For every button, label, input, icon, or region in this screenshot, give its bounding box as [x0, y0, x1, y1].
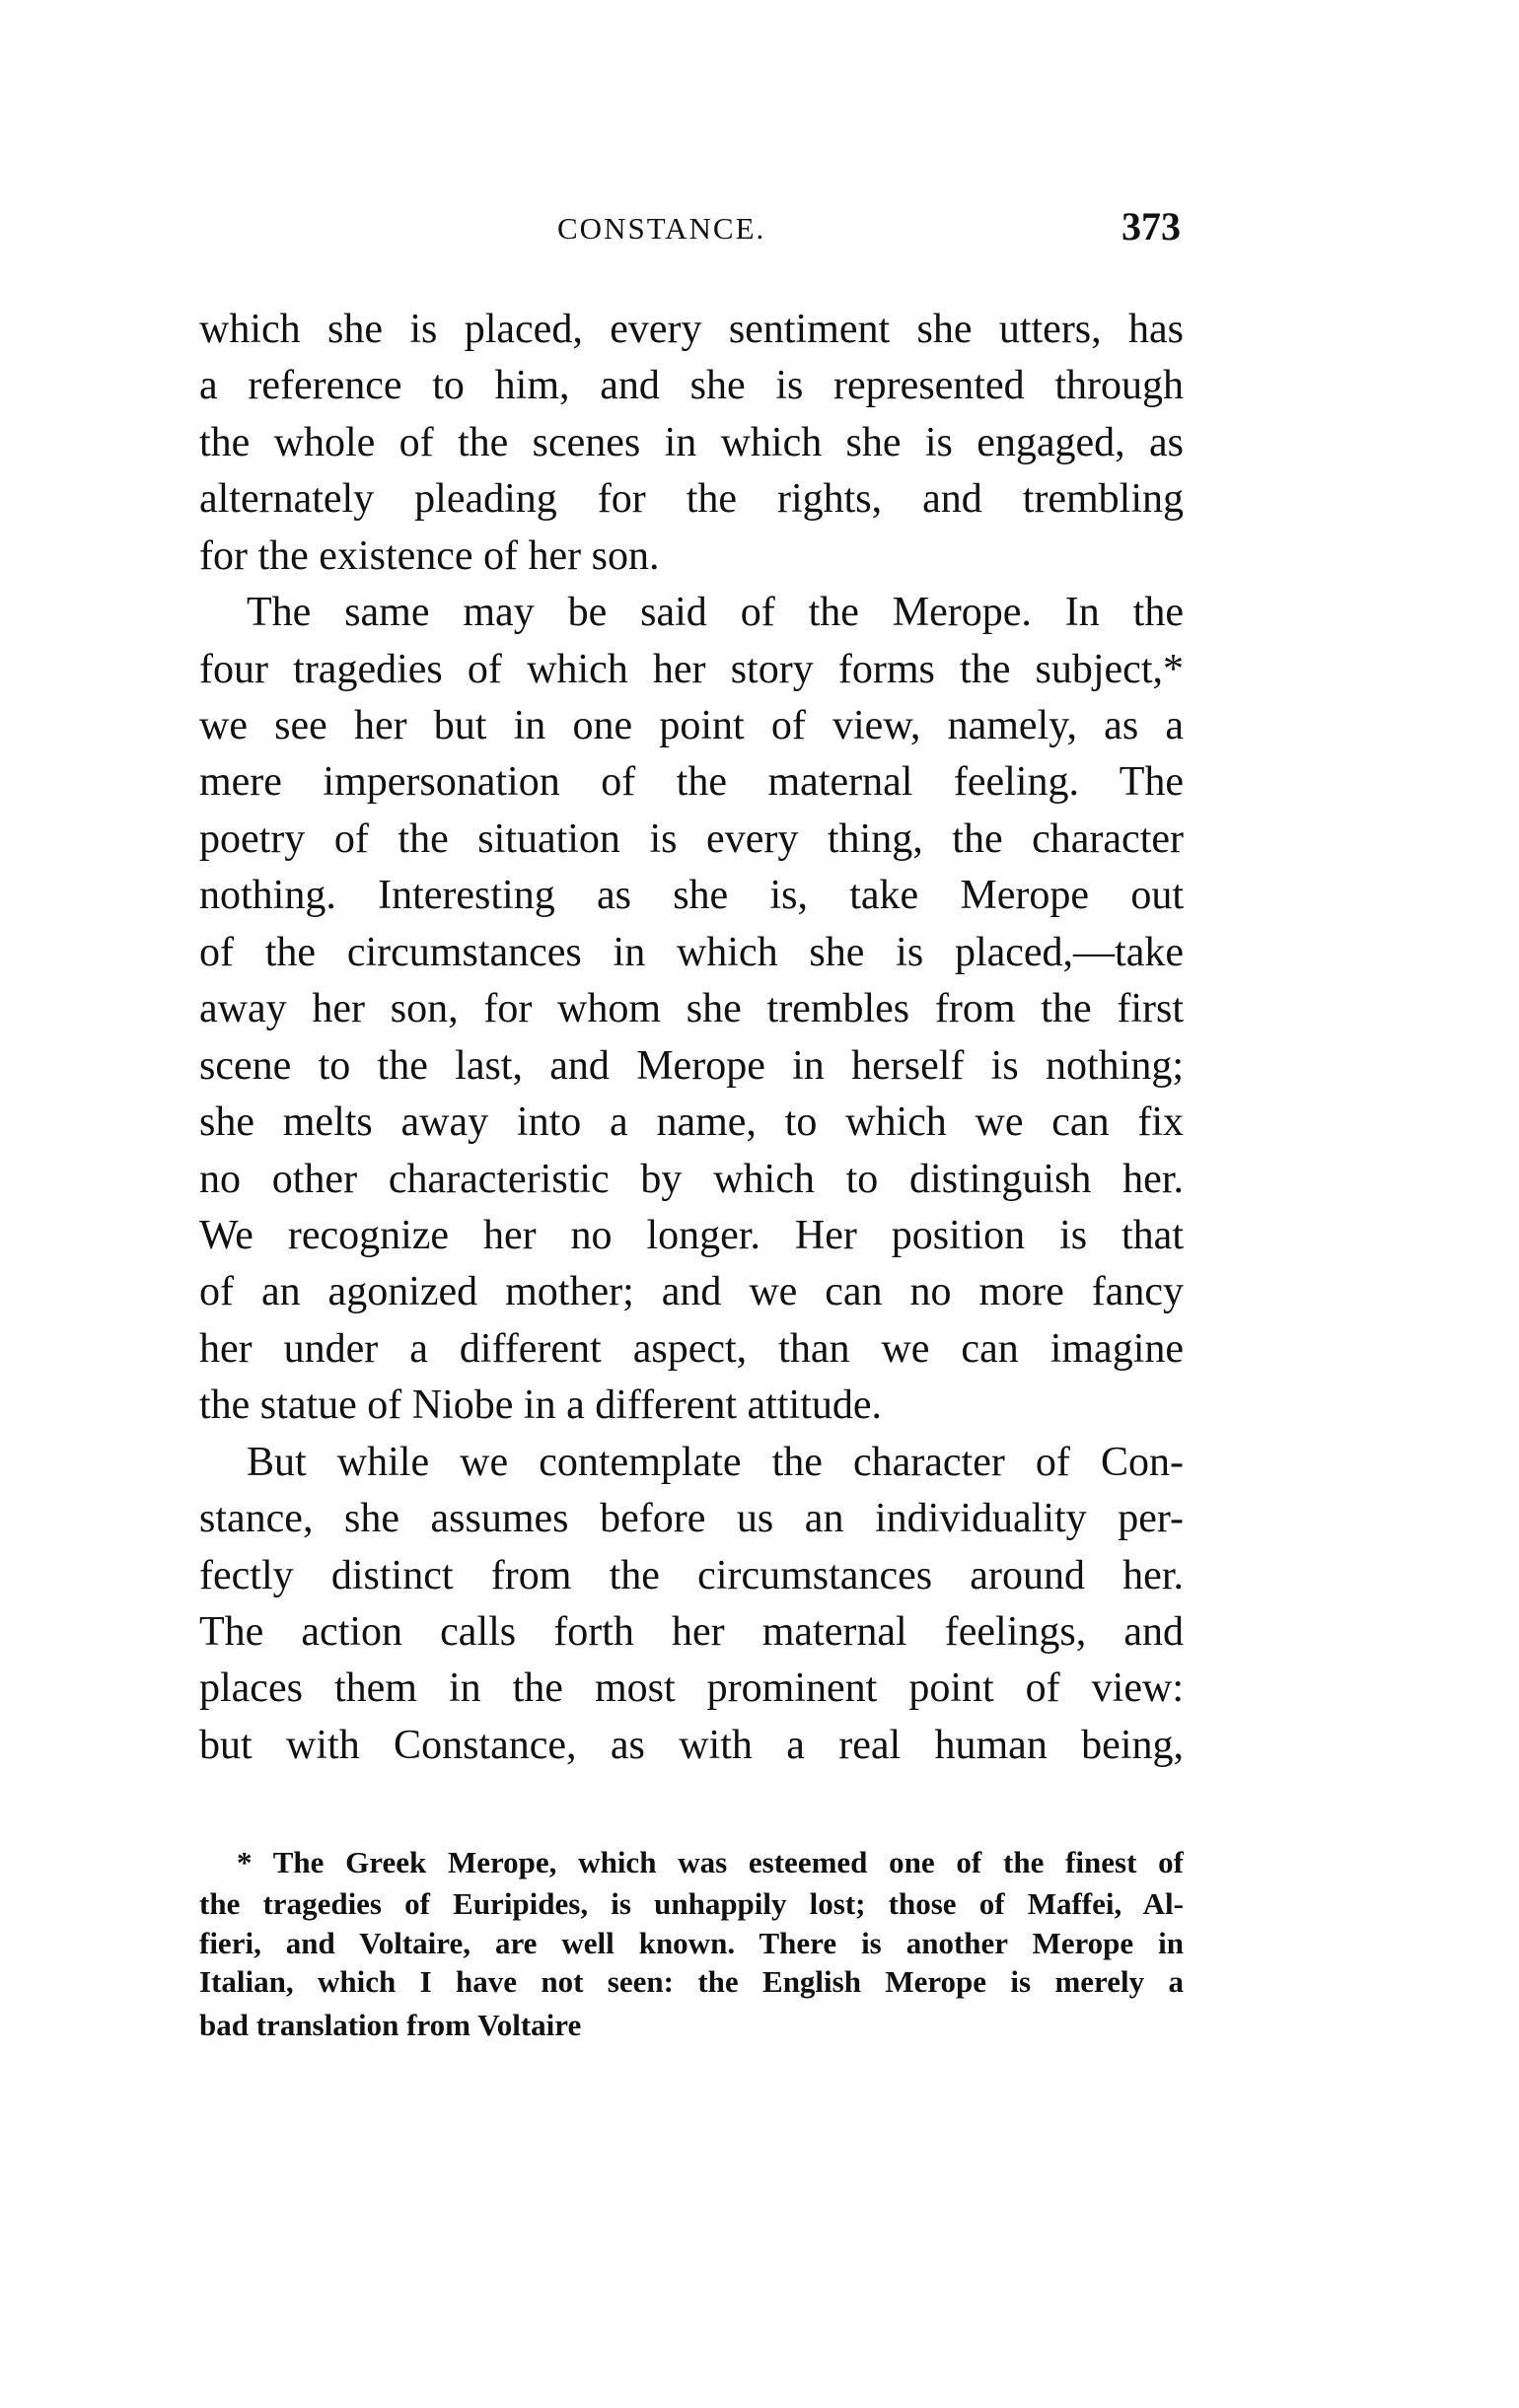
- text-line: alternately pleading for the rights, and…: [199, 471, 1184, 528]
- running-head: CONSTANCE. 373: [199, 205, 1184, 254]
- footnote-line: the tragedies of Euripides, is unhappily…: [199, 1883, 1184, 1924]
- text-line: scene to the last, and Merope in herself…: [199, 1038, 1184, 1095]
- text-line: for the existence of her son.: [199, 529, 1184, 585]
- page-number: 373: [1121, 201, 1181, 252]
- text-line: we see her but in one point of view, nam…: [199, 698, 1184, 754]
- text-line: stance, she assumes before us an individ…: [199, 1491, 1184, 1547]
- text-line: We recognize her no longer. Her position…: [199, 1208, 1184, 1264]
- text-line: nothing. Interesting as she is, take Mer…: [199, 868, 1184, 924]
- text-line: no other characteristic by which to dist…: [199, 1152, 1184, 1208]
- text-line: mere impersonation of the maternal feeli…: [199, 754, 1184, 811]
- text-line: places them in the most prominent point …: [199, 1661, 1184, 1717]
- text-line: four tragedies of which her story forms …: [199, 642, 1184, 698]
- text-line: she melts away into a name, to which we …: [199, 1095, 1184, 1151]
- footnote-line: * The Greek Merope, which was esteemed o…: [237, 1842, 1184, 1882]
- text-line: the statue of Niobe in a different attit…: [199, 1378, 1184, 1434]
- text-line: a reference to him, and she is represent…: [199, 358, 1184, 414]
- text-line: away her son, for whom she trembles from…: [199, 981, 1184, 1037]
- text-line: her under a different aspect, than we ca…: [199, 1321, 1184, 1378]
- text-line: the whole of the scenes in which she is …: [199, 415, 1184, 471]
- text-line: The action calls forth her maternal feel…: [199, 1604, 1184, 1661]
- text-line: fectly distinct from the circumstances a…: [199, 1548, 1184, 1604]
- paragraph-start-line: But while we contemplate the character o…: [247, 1435, 1184, 1491]
- text-line: of the circumstances in which she is pla…: [199, 925, 1184, 981]
- paragraph-start-line: The same may be said of the Merope. In t…: [247, 585, 1184, 641]
- text-line: but with Constance, as with a real human…: [199, 1718, 1184, 1774]
- running-title: CONSTANCE.: [557, 205, 765, 252]
- footnote-line: fieri, and Voltaire, are well known. The…: [199, 1923, 1184, 1963]
- text-line: which she is placed, every sentiment she…: [199, 302, 1184, 358]
- footnote-line: Italian, which I have not seen: the Engl…: [199, 1961, 1184, 2002]
- text-line: of an agonized mother; and we can no mor…: [199, 1264, 1184, 1320]
- text-line: poetry of the situation is every thing, …: [199, 812, 1184, 868]
- footnote-line: bad translation from Voltaire: [199, 2005, 1184, 2045]
- book-page: CONSTANCE. 373 which she is placed, ever…: [0, 0, 1519, 2408]
